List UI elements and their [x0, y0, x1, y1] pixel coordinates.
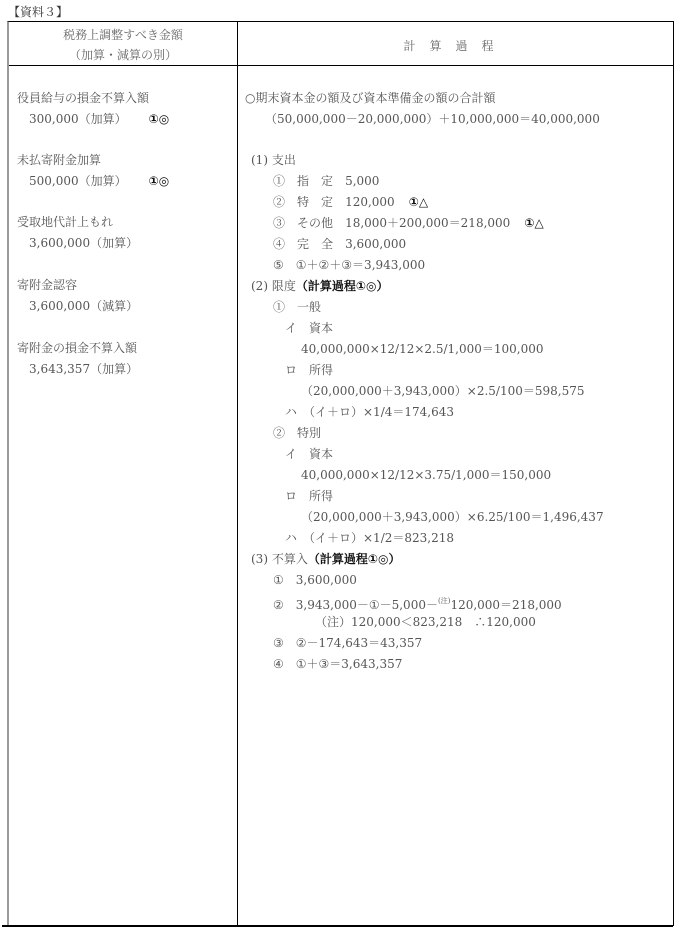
amount-text: 300,000（加算） — [29, 112, 127, 126]
limit-special: ② 特別 — [273, 426, 321, 440]
item-value: ①＋③＝3,643,357 — [296, 657, 403, 671]
capital-heading: ○期末資本金の額及び資本準備金の額の合計額 — [245, 91, 495, 105]
item-value: 3,600,000 — [345, 237, 406, 251]
limit-general: ① 一般 — [273, 300, 321, 314]
item-number: ② — [273, 426, 285, 440]
adjustment-amount: 3,600,000（減算） — [29, 299, 138, 313]
score-mark: ①◎ — [149, 112, 170, 126]
limit-general-capital-calc: 40,000,000×12/12×2.5/1,000＝100,000 — [301, 342, 544, 356]
item-value: 3,600,000 — [296, 573, 357, 587]
item-value: 120,000 — [345, 195, 395, 209]
amount-text: 500,000（加算） — [29, 174, 127, 188]
nondeductible-item: ④ ①＋③＝3,643,357 — [273, 657, 402, 671]
item-number: ⑤ — [273, 258, 284, 272]
item-value: 120,000＝218,000 — [450, 598, 561, 612]
nondeductible-item: ③ ②－174,643＝43,357 — [273, 636, 422, 650]
item-value: ①＋②＋③＝3,943,000 — [296, 258, 425, 272]
score-mark: ①△ — [409, 195, 428, 209]
header-adjustment-amount: 税務上調整すべき金額 — [9, 26, 237, 43]
item-value: 5,000 — [345, 174, 379, 188]
adjustment-label: 未払寄附金加算 — [17, 153, 101, 167]
section-expenditure-title: (1) 支出 — [251, 153, 296, 167]
item-label: 一般 — [297, 300, 321, 314]
item-number: ③ — [273, 216, 285, 230]
item-label: 特別 — [297, 426, 321, 440]
score-mark: （計算過程①◎） — [308, 552, 401, 566]
nondeductible-item: ① 3,600,000 — [273, 573, 357, 587]
nondeductible-item: ② 3,943,000－①－5,000－(注)120,000＝218,000 — [273, 594, 562, 612]
section-title-text: (2) 限度 — [251, 279, 296, 293]
adjustment-amount: 3,600,000（加算） — [29, 236, 138, 250]
header-divider — [9, 65, 673, 66]
limit-general-income-calc: （20,000,000＋3,943,000）×2.5/100＝598,575 — [301, 384, 585, 398]
limit-special-income-label: ロ 所得 — [285, 489, 333, 503]
adjustment-label: 寄附金の損金不算入額 — [17, 341, 137, 355]
adjustment-label: 寄附金認容 — [17, 278, 77, 292]
capital-calc: （50,000,000－20,000,000）＋10,000,000＝40,00… — [265, 112, 600, 126]
item-number: ② — [273, 195, 285, 209]
score-mark: ①◎ — [149, 174, 170, 188]
limit-special-capital-label: イ 資本 — [285, 447, 333, 461]
note-marker: (注) — [438, 597, 450, 605]
item-label: その他 — [297, 216, 333, 230]
adjustment-amount: 300,000（加算）①◎ — [29, 112, 169, 126]
item-label: 特 定 — [297, 195, 333, 209]
expenditure-item: ④ 完 全 3,600,000 — [273, 237, 406, 251]
item-value: 3,943,000－①－5,000－ — [296, 598, 438, 612]
item-number: ③ — [273, 636, 284, 650]
item-label: 指 定 — [297, 174, 333, 188]
column-divider — [237, 22, 238, 925]
item-value: ②－174,643＝43,357 — [296, 636, 422, 650]
item-number: ① — [273, 573, 284, 587]
limit-general-total-calc: ハ （イ＋ロ）×1/4＝174,643 — [285, 405, 454, 419]
section-title-text: (3) 不算入 — [251, 552, 308, 566]
item-number: ④ — [273, 237, 285, 251]
score-mark: （計算過程①◎） — [296, 279, 389, 293]
table-bottom-border — [2, 925, 673, 927]
adjustment-amount: 3,643,357（加算） — [29, 362, 138, 376]
limit-special-capital-calc: 40,000,000×12/12×3.75/1,000＝150,000 — [301, 468, 551, 482]
limit-general-capital-label: イ 資本 — [285, 321, 333, 335]
limit-special-total-calc: ハ （イ＋ロ）×1/2＝823,218 — [285, 531, 454, 545]
expenditure-item: ② 特 定 120,000①△ — [273, 195, 428, 209]
section-nondeductible-title: (3) 不算入（計算過程①◎） — [251, 552, 400, 566]
document-title: 【資料３】 — [8, 3, 68, 20]
expenditure-item: ③ その他 18,000＋200,000＝218,000①△ — [273, 216, 544, 230]
item-number: ① — [273, 174, 285, 188]
score-mark: ①△ — [524, 216, 543, 230]
adjustment-label: 受取地代計上もれ — [17, 215, 113, 229]
item-number: ④ — [273, 657, 284, 671]
item-number: ② — [273, 598, 284, 612]
header-add-subtract: （加算・減算の別） — [9, 46, 237, 63]
limit-general-income-label: ロ 所得 — [285, 363, 333, 377]
limit-special-income-calc: （20,000,000＋3,943,000）×6.25/100＝1,496,43… — [301, 510, 604, 524]
expenditure-item: ⑤ ①＋②＋③＝3,943,000 — [273, 258, 425, 272]
tax-adjustment-table: 税務上調整すべき金額 （加算・減算の別） 計算過程 役員給与の損金不算入額 30… — [7, 21, 674, 926]
header-calculation-process: 計算過程 — [238, 37, 673, 54]
expenditure-item: ① 指 定 5,000 — [273, 174, 379, 188]
nondeductible-note: （注）120,000＜823,218 ∴120,000 — [315, 615, 536, 629]
section-limit-title: (2) 限度（計算過程①◎） — [251, 279, 388, 293]
adjustment-amount: 500,000（加算）①◎ — [29, 174, 169, 188]
item-value: 18,000＋200,000＝218,000 — [345, 216, 510, 230]
adjustment-label: 役員給与の損金不算入額 — [17, 91, 149, 105]
item-label: 完 全 — [297, 237, 333, 251]
item-number: ① — [273, 300, 285, 314]
